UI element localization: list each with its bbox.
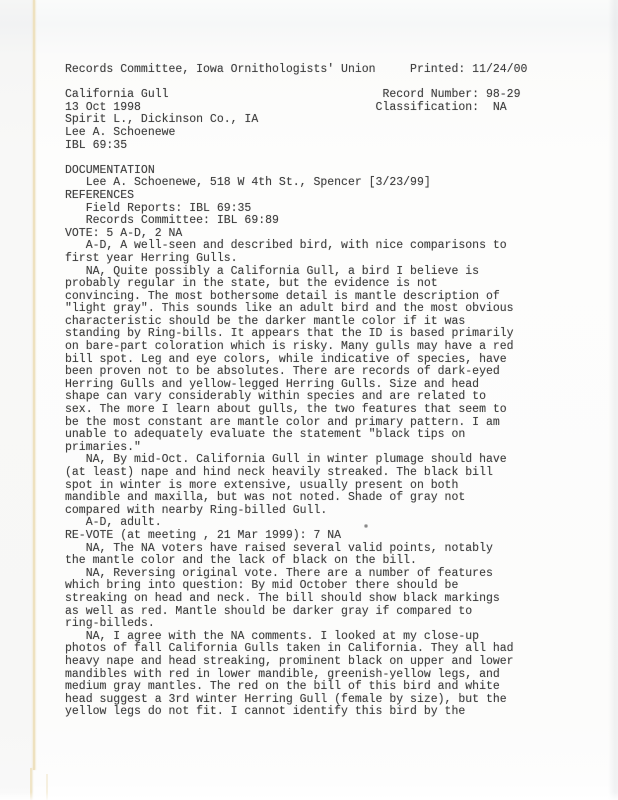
text-line: yellow legs do not fit. I cannot identif… bbox=[65, 706, 527, 719]
text-line: heavy nape and head streaking, prominent… bbox=[65, 656, 527, 669]
text-line: unable to adequately evaluate the statem… bbox=[65, 429, 527, 442]
text-line: streaking on head and neck. The bill sho… bbox=[65, 593, 527, 606]
text-line: been proven not to be absolutes. There a… bbox=[65, 366, 527, 379]
text-line: RE-VOTE (at meeting , 21 Mar 1999): 7 NA bbox=[65, 530, 527, 543]
text-line: Records Committee: IBL 69:89 bbox=[65, 215, 527, 228]
text-line: Lee A. Schoenewe, 518 W 4th St., Spencer… bbox=[65, 177, 527, 190]
text-line: on bare-part coloration which is risky. … bbox=[65, 341, 527, 354]
text-line: Lee A. Schoenewe bbox=[65, 127, 527, 140]
text-line: mandible and maxilla, but was not noted.… bbox=[65, 492, 527, 505]
bottom-edge-shade bbox=[0, 792, 618, 800]
ink-speck-artifact bbox=[364, 524, 368, 528]
text-line: probably regular in the state, but the e… bbox=[65, 278, 527, 291]
document-page: Records Committee, Iowa Ornithologists' … bbox=[0, 0, 618, 800]
text-line: "light gray". This sounds like an adult … bbox=[65, 303, 527, 316]
text-line: sex. The more I learn about gulls, the t… bbox=[65, 404, 527, 417]
text-line: Records Committee, Iowa Ornithologists' … bbox=[65, 64, 527, 77]
left-margin-shade bbox=[0, 0, 33, 800]
text-line bbox=[65, 152, 527, 165]
right-edge-shade bbox=[608, 0, 618, 800]
typewritten-text-block: Records Committee, Iowa Ornithologists' … bbox=[65, 64, 527, 719]
text-line: the mantle color and the lack of black o… bbox=[65, 555, 527, 568]
text-line: medium gray mantles. The red on the bill… bbox=[65, 681, 527, 694]
text-line: first year Herring Gulls. bbox=[65, 253, 527, 266]
text-line: (at least) nape and hind neck heavily st… bbox=[65, 467, 527, 480]
text-line: REFERENCES bbox=[65, 190, 527, 203]
text-line: ring-billeds. bbox=[65, 618, 527, 631]
paper-fold-line bbox=[33, 0, 35, 770]
text-line: IBL 69:35 bbox=[65, 140, 527, 153]
text-line: California Gull Record Number: 98-29 bbox=[65, 89, 527, 102]
